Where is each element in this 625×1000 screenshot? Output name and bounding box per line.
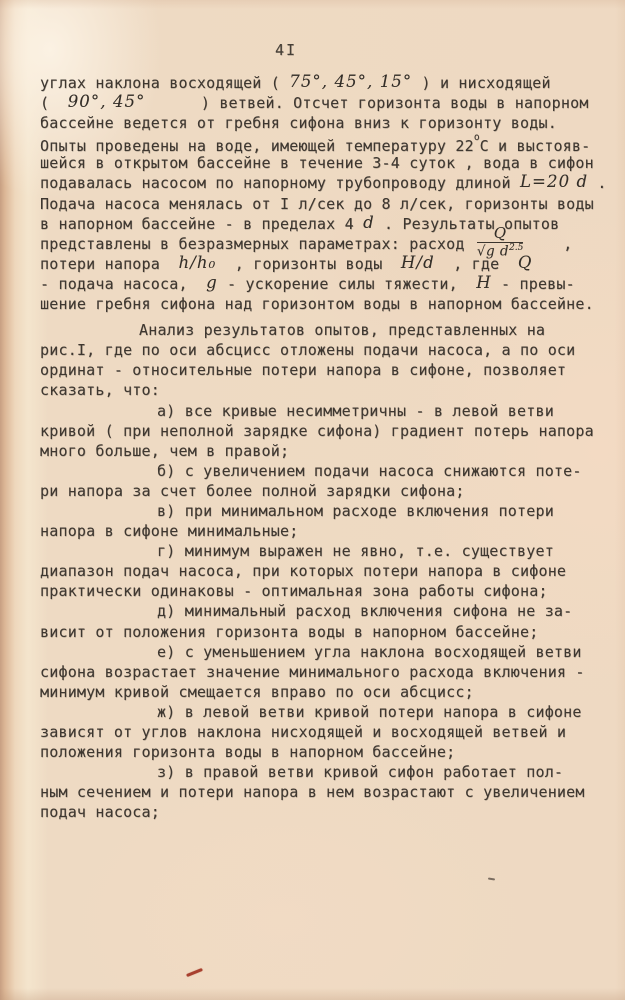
handwritten-diameter: d xyxy=(363,213,375,232)
text-line: много больше, чем в правой; xyxy=(40,441,600,461)
page-number: 4I xyxy=(0,41,572,59)
text-line: сифона возрастает значение минимального … xyxy=(40,662,600,682)
paragraph-start-line: Анализ результатов опытов, представленны… xyxy=(40,320,600,340)
formula-exponent: 2.5 xyxy=(509,243,523,253)
formula-denominator: √g d2.5 xyxy=(477,243,524,259)
typed-text: ( xyxy=(40,94,68,112)
text-line: висит от положения горизонта воды в напо… xyxy=(40,622,600,642)
formula-radical: √g d xyxy=(477,244,509,260)
list-item-g-line: г) минимум выражен не явно, т.е. существ… xyxy=(40,541,600,561)
typed-text: углах наклона восходящей ( xyxy=(40,74,289,92)
handwritten-level-ratio: H/d xyxy=(401,253,435,272)
handwritten-angles: 75°, 45°, 15° xyxy=(289,72,412,91)
text-line: бассейне ведется от гребня сифона вниз к… xyxy=(40,113,600,133)
text-line: подавалась насосом по напорному трубопро… xyxy=(40,173,600,193)
typed-text: - подача насоса, xyxy=(40,275,206,293)
ink-speck xyxy=(488,878,495,881)
text-line: зависят от углов наклона нисходящей и во… xyxy=(40,722,600,742)
typed-text: - превы- xyxy=(492,275,575,293)
text-line: представлены в безразмерных параметрах: … xyxy=(40,234,600,254)
text-line: рис.I, где по оси абсцисс отложены подач… xyxy=(40,340,600,360)
text-line: ным сечением и потери напора в нем возра… xyxy=(40,782,600,802)
list-item-a-line: а) все кривые несимметричны - в левой ве… xyxy=(40,401,600,421)
typed-text: потери напора xyxy=(40,255,178,273)
handwritten-symbol-g: g xyxy=(206,273,218,292)
typed-text: , горизонты воды xyxy=(216,255,401,273)
typed-text: - ускорение силы тяжести, xyxy=(218,275,476,293)
list-item-d-line: д) минимальный расход включения сифона н… xyxy=(40,601,600,621)
formula-numerator: Q xyxy=(477,226,524,244)
text-line: ординат - относительные потери напора в … xyxy=(40,360,600,380)
text-line: напора в сифоне минимальные; xyxy=(40,521,600,541)
list-item-v-line: в) при минимальном расходе включения пот… xyxy=(40,501,600,521)
text-line: кривой ( при неполной зарядке сифона) гр… xyxy=(40,421,600,441)
text-line: Подача насоса менялась от I л/сек до 8 л… xyxy=(40,194,600,214)
typed-text: , xyxy=(526,235,572,253)
typed-text: подавалась насосом по напорному трубопро… xyxy=(40,174,520,192)
discharge-parameter-formula: Q√g d2.5 xyxy=(477,226,524,259)
text-line: шение гребня сифона над горизонтом воды … xyxy=(40,294,600,314)
text-line: подач насоса; xyxy=(40,802,600,822)
text-line: сказать, что: xyxy=(40,380,600,400)
text-line: минимум кривой смещается вправо по оси а… xyxy=(40,682,600,702)
list-item-z-line: з) в правой ветви кривой сифон работает … xyxy=(40,762,600,782)
typed-text: в напорном бассейне - в пределах 4 xyxy=(40,215,363,233)
page-text-block: углах наклона восходящей ( 75°, 45°, 15°… xyxy=(40,73,600,822)
text-line: практически одинаковы - оптимальная зона… xyxy=(40,581,600,601)
typed-text: . Результаты опытов xyxy=(375,215,560,233)
text-line: - подача насоса, g - ускорение силы тяже… xyxy=(40,274,600,294)
typed-text: ) ветвей. Отсчет горизонта воды в напорн… xyxy=(145,94,588,112)
text-line: положения горизонта воды в напорном басс… xyxy=(40,742,600,762)
text-line: Опыты проведены на воде, имеющей темпера… xyxy=(40,133,600,153)
handwritten-head-loss-ratio: h/h₀ xyxy=(178,253,216,272)
list-item-e-line: е) с уменьшением угла наклона восходящей… xyxy=(40,642,600,662)
scanned-document-page: 4I углах наклона восходящей ( 75°, 45°, … xyxy=(0,0,625,1000)
superscript-degree: о xyxy=(474,132,480,143)
list-item-zh-line: ж) в левой ветви кривой потери напора в … xyxy=(40,702,600,722)
red-ink-mark xyxy=(186,968,203,977)
text-line: шейся в открытом бассейне в течение 3-4 … xyxy=(40,153,600,173)
list-item-b-line: б) с увеличением подачи насоса снижаются… xyxy=(40,461,600,481)
text-line: ( 90°, 45° ) ветвей. Отсчет горизонта во… xyxy=(40,93,600,113)
typed-text: представлены в безразмерных параметрах: … xyxy=(40,235,474,253)
typed-text: ) и нисходящей xyxy=(412,74,550,92)
text-line: диапазон подач насоса, при которых потер… xyxy=(40,561,600,581)
handwritten-angles: 90°, 45° xyxy=(68,92,146,111)
text-line: ри напора за счет более полной зарядки с… xyxy=(40,481,600,501)
handwritten-pipe-length: L=20 d xyxy=(520,172,588,191)
text-line: углах наклона восходящей ( 75°, 45°, 15°… xyxy=(40,73,600,93)
typed-text: . xyxy=(588,174,606,192)
handwritten-symbol-Q: Q xyxy=(518,253,533,272)
handwritten-symbol-H: H xyxy=(476,273,492,292)
